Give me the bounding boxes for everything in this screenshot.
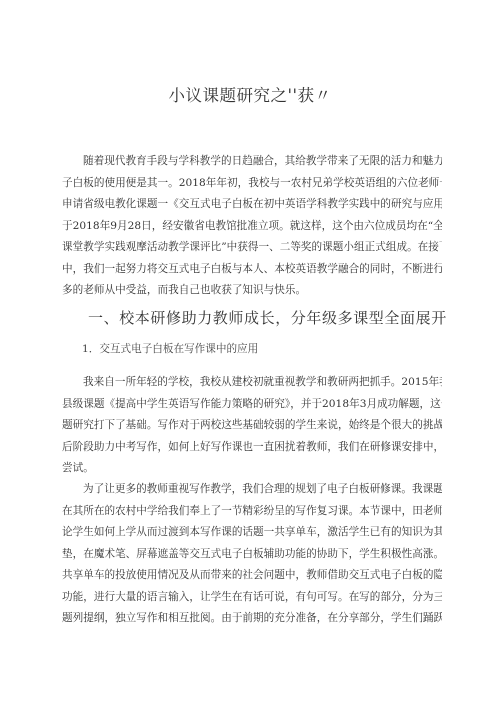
text-line: 课堂教学实践观摩活动教学课评比”中获得一、二等奖的课题小组正式组成。在接下来的研…: [62, 237, 442, 259]
text-line: 我来自一所年轻的学校，我校从建校初就重视教学和教研两把抓手。2015年我参与并主…: [62, 372, 442, 394]
text-line: 多的老师从中受益，而我自己也收获了知识与快乐。: [62, 280, 442, 302]
paragraph-lesson: 为了让更多的教师重视写作教学，我们合理的规划了电子白板研修课。我课题组田老师曾 …: [62, 479, 442, 630]
text-line: 题研究打下了基础。写作对于两校这些基础较弱的学生来说，始终是个很大的挑战，为了在…: [62, 415, 442, 437]
text-line: 子白板的使用便是其一。2018年年初，我校与一农村兄弟学校英语组的六位老师一合计…: [62, 173, 442, 195]
section-heading: 一、校本研修助力教师成长，分年级多课型全面展开: [88, 306, 447, 330]
text-line: 后阶段助力中考写作，如何上好写作课也一直困扰着教师，我们在研修课安排中，也在不断…: [62, 437, 442, 459]
text-line: 随着现代教育手段与学科教学的日趋融合，其给教学带来了无限的活力和魅力,交互式电: [62, 151, 442, 173]
text-line: 题列提纲，独立写作和相互批阅。由于前期的充分准备，在分享部分，学生们踊跃上台分享…: [62, 608, 442, 630]
text-line: 为了让更多的教师重视写作教学，我们合理的规划了电子白板研修课。我课题组田老师曾: [62, 479, 442, 501]
text-line: 申请省级电教化课题一《交互式电子白板在初中英语学科教学实践中的研究与应用》，本课…: [62, 194, 442, 216]
text-line: 论学生如何上学从而过渡到本写作课的话题一共享单车，激活学生已有的知识为其后的写作…: [62, 522, 442, 544]
subsection-heading: 1．交互式电子白板在写作课中的应用: [82, 340, 258, 358]
paragraph-background: 我来自一所年轻的学校，我校从建校初就重视教学和教研两把抓手。2015年我参与并主…: [62, 372, 442, 480]
text-line: 功能，进行大量的语言输入，让学生在有话可说，有句可写。在写的部分，分为三个部分暨…: [62, 587, 442, 609]
text-line: 垫，在魔术笔、屏幕遮盖等交互式电子白板辅助功能的协助下，学生积极性高涨。在讨论本…: [62, 544, 442, 566]
text-line: 县级课题《提高中学生英语写作能力策略的研究》，并于2018年3月成功解题，这也为…: [62, 394, 442, 416]
document-page: 小议课题研究之''获〃 随着现代教育手段与学科教学的日趋融合，其给教学带来了无限…: [0, 0, 500, 707]
text-line: 中，我们一起努力将交互式电子白板与本人、本校英语教学融合的同时，不断进行推广，让…: [62, 259, 442, 281]
text-line: 于2018年9月28日，经安徽省电教馆批准立项。就这样，这个由六位成员均在“全国…: [62, 216, 442, 238]
text-line: 尝试。: [62, 458, 442, 480]
text-line: 在其所在的农村中学给我们奉上了一节精彩纷呈的写作复习课。本节课中，田老师首先通过…: [62, 501, 442, 523]
document-title: 小议课题研究之''获〃: [0, 84, 500, 108]
paragraph-intro: 随着现代教育手段与学科教学的日趋融合，其给教学带来了无限的活力和魅力,交互式电 …: [62, 151, 442, 302]
text-line: 共享单车的投放使用情况及从而带来的社会问题中，教师借助交互式电子白板的隐藏、链接…: [62, 565, 442, 587]
